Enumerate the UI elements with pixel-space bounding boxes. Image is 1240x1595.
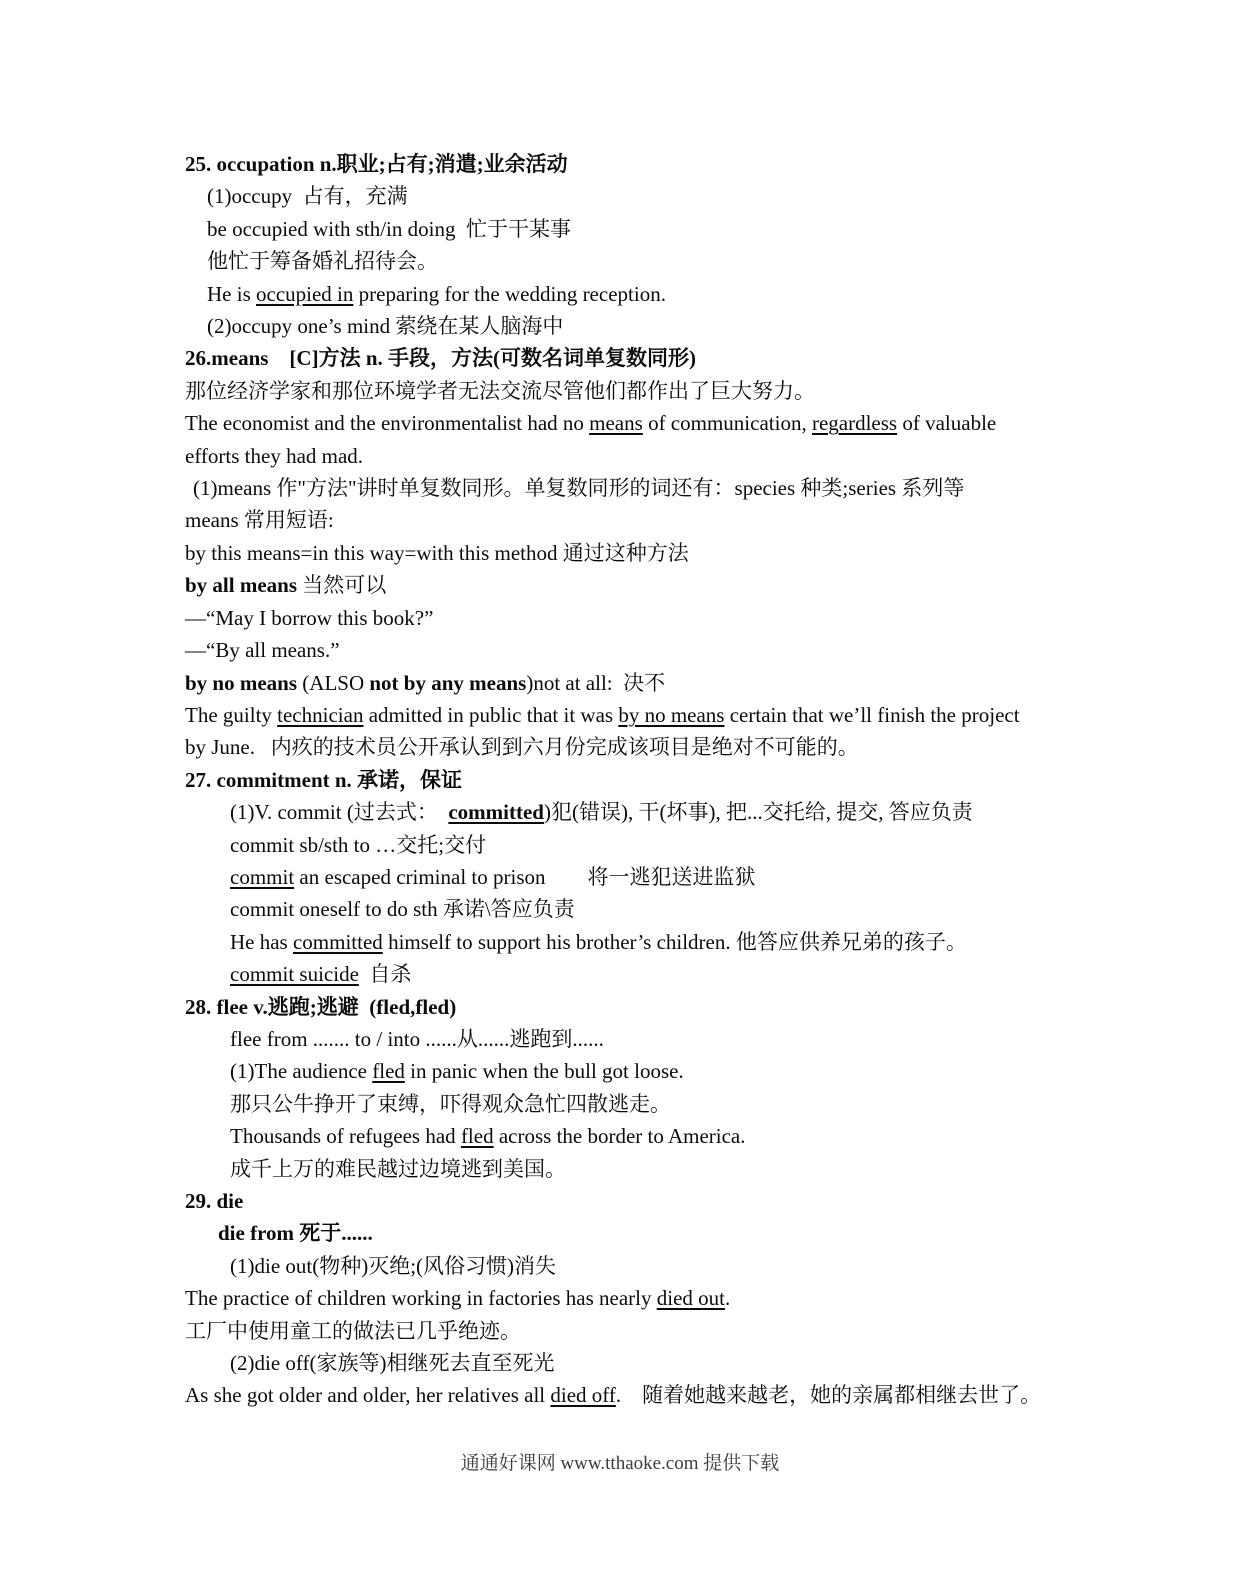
entry-26-example-en-1: The economist and the environmentalist h… [185,407,1105,439]
entry-27-heading: 27. commitment n. 承诺，保证 [185,764,1105,796]
text-segment: means 常用短语: [185,508,334,532]
text-segment: )not at all: 决不 [526,671,665,695]
entry-26-dialog-2: —“By all means.” [185,634,1105,666]
text-segment: . [725,1286,730,1310]
entry-28-example-cn-2: 成千上万的难民越过边境逃到美国。 [185,1153,1105,1185]
bold-text: die from 死于...... [218,1221,373,1245]
entry-28-example-en-2: Thousands of refugees had fled across th… [185,1120,1105,1152]
text-segment: He is [207,282,256,306]
text-segment: be occupied with sth/in doing 忙于干某事 [207,217,571,241]
entry-25-heading: 25. occupation n.职业;占有;消遣;业余活动 [185,148,1105,180]
entry-28-example-en-1: (1)The audience fled in panic when the b… [185,1055,1105,1087]
text-segment: As she got older and older, her relative… [185,1383,550,1407]
entry-26-phrases-label: means 常用短语: [185,504,1105,536]
text-segment: (2)die off(家族等)相继死去直至死光 [230,1351,554,1375]
text-segment: across the border to America. [494,1124,746,1148]
text-segment: of communication, [643,411,812,435]
entry-28-heading: 28. flee v.逃跑;逃避 (fled,fled) [185,991,1105,1023]
text-segment: of valuable [897,411,996,435]
document-body: 25. occupation n.职业;占有;消遣;业余活动(1)occupy … [185,148,1105,1412]
text-segment: (1)occupy 占有，充满 [207,184,408,208]
entry-25-example-en: He is occupied in preparing for the wedd… [185,278,1105,310]
text-segment: . 随着她越来越老，她的亲属都相继去世了。 [616,1383,1041,1407]
entry-26-heading: 26.means [C]方法 n. 手段，方法(可数名词单复数同形) [185,342,1105,374]
entry-26-phrase-1: by this means=in this way=with this meth… [185,537,1105,569]
text-segment: flee from ....... to / into ......从.....… [230,1027,604,1051]
bold-text: by no means [185,671,297,695]
bold-text: 25. occupation n.职业;占有;消遣;业余活动 [185,152,568,176]
entry-26-note: (1)means 作"方法"讲时单复数同形。单复数同形的词还有：species … [185,472,1105,504]
text-segment: 那位经济学家和那位环境学者无法交流尽管他们都作出了巨大努力。 [185,379,815,403]
entry-25-phrase: be occupied with sth/in doing 忙于干某事 [185,213,1105,245]
text-segment: —“By all means.” [185,638,340,662]
document-page: 25. occupation n.职业;占有;消遣;业余活动(1)occupy … [0,0,1240,1595]
underlined-text: fled [372,1059,405,1083]
bold-text: 28. flee v.逃跑;逃避 (fled,fled) [185,995,456,1019]
text-segment: (1)means 作"方法"讲时单复数同形。单复数同形的词还有：species … [193,476,964,500]
entry-26-dialog-1: —“May I borrow this book?” [185,602,1105,634]
entry-26-example-en-2: efforts they had mad. [185,440,1105,472]
entry-29-heading: 29. die [185,1185,1105,1217]
text-segment: (1)die out(物种)灭绝;(风俗习惯)消失 [230,1254,556,1278]
entry-29-example-en-2: As she got older and older, her relative… [185,1379,1105,1411]
entry-29-example-en-1: The practice of children working in fact… [185,1282,1105,1314]
entry-27-phrase-1: commit sb/sth to …交托;交付 [185,829,1105,861]
text-segment: commit sb/sth to …交托;交付 [230,833,486,857]
bold-text: by all means [185,573,297,597]
text-segment: admitted in public that it was [363,703,618,727]
text-segment: preparing for the wedding reception. [353,282,666,306]
entry-27-phrase-2: commit an escaped criminal to prison 将一逃… [185,861,1105,893]
entry-25-example-cn: 他忙于筹备婚礼招待会。 [185,245,1105,277]
text-segment: The guilty [185,703,277,727]
text-segment: himself to support his brother’s childre… [383,930,967,954]
text-segment: —“May I borrow this book?” [185,606,433,630]
text-segment: by this means=in this way=with this meth… [185,541,689,565]
bold-text: 27. commitment n. 承诺，保证 [185,768,462,792]
bold-text: 26.means [C]方法 n. 手段，方法(可数名词单复数同形) [185,346,696,370]
text-segment: )犯(错误), 干(坏事), 把...交托给, 提交, 答应负责 [544,800,973,824]
bold-text: 29. die [185,1189,243,1213]
underlined-text: by no means [618,703,724,727]
entry-29-example-cn-1: 工厂中使用童工的做法已几乎绝迹。 [185,1315,1105,1347]
text-segment: certain that we’ll finish the project [724,703,1019,727]
footer-watermark: 通通好课网 www.tthaoke.com 提供下载 [0,1448,1240,1475]
text-segment: (1)V. commit (过去式： [230,800,448,824]
text-segment: The practice of children working in fact… [185,1286,657,1310]
text-segment: (1)The audience [230,1059,372,1083]
text-segment: an escaped criminal to prison 将一逃犯送进监狱 [294,865,755,889]
entry-29-phrase-1: die from 死于...... [185,1217,1105,1249]
entry-28-example-cn-1: 那只公牛挣开了束缚，吓得观众急忙四散逃走。 [185,1088,1105,1120]
underlined-text: occupied in [256,282,353,306]
entry-26-phrase-2: by all means 当然可以 [185,569,1105,601]
text-segment: (ALSO [297,671,369,695]
underlined-text: died out [657,1286,725,1310]
text-segment: The economist and the environmentalist h… [185,411,589,435]
text-segment: Thousands of refugees had [230,1124,461,1148]
underlined-text: died off [550,1383,616,1407]
underlined-text: committed [448,800,544,824]
underlined-text: fled [461,1124,494,1148]
entry-26-example-cn: 那位经济学家和那位环境学者无法交流尽管他们都作出了巨大努力。 [185,375,1105,407]
entry-27-phrase-4: commit suicide 自杀 [185,958,1105,990]
entry-27-phrase-3: commit oneself to do sth 承诺\答应负责 [185,893,1105,925]
entry-25-sub-2: (2)occupy one’s mind 萦绕在某人脑海中 [185,310,1105,342]
underlined-text: commit [230,865,294,889]
entry-26-example-en-4: by June. 内疚的技术员公开承认到到六月份完成该项目是绝对不可能的。 [185,731,1105,763]
entry-27-example-en: He has committed himself to support his … [185,926,1105,958]
underlined-text: regardless [812,411,897,435]
text-segment: 那只公牛挣开了束缚，吓得观众急忙四散逃走。 [230,1092,671,1116]
underlined-text: committed [293,930,383,954]
text-segment: commit oneself to do sth 承诺\答应负责 [230,897,575,921]
underlined-text: means [589,411,643,435]
underlined-text: technician [277,703,363,727]
text-segment: (2)occupy one’s mind 萦绕在某人脑海中 [207,314,563,338]
text-segment: 自杀 [359,962,412,986]
text-segment: 成千上万的难民越过边境逃到美国。 [230,1157,566,1181]
entry-29-sub-2: (2)die off(家族等)相继死去直至死光 [185,1347,1105,1379]
entry-27-sub-1: (1)V. commit (过去式： committed)犯(错误), 干(坏事… [185,796,1105,828]
text-segment: in panic when the bull got loose. [405,1059,684,1083]
text-segment: He has [230,930,293,954]
entry-25-sub-1: (1)occupy 占有，充满 [185,180,1105,212]
entry-28-phrase: flee from ....... to / into ......从.....… [185,1023,1105,1055]
bold-text: not by any means [369,671,526,695]
entry-26-example-en-3: The guilty technician admitted in public… [185,699,1105,731]
text-segment: 工厂中使用童工的做法已几乎绝迹。 [185,1319,521,1343]
text-segment: 他忙于筹备婚礼招待会。 [207,249,438,273]
text-segment: efforts they had mad. [185,444,363,468]
entry-29-sub-1: (1)die out(物种)灭绝;(风俗习惯)消失 [185,1250,1105,1282]
underlined-text: commit suicide [230,962,359,986]
text-segment: by June. 内疚的技术员公开承认到到六月份完成该项目是绝对不可能的。 [185,735,859,759]
entry-26-phrase-3: by no means (ALSO not by any means)not a… [185,667,1105,699]
text-segment: 当然可以 [297,573,386,597]
